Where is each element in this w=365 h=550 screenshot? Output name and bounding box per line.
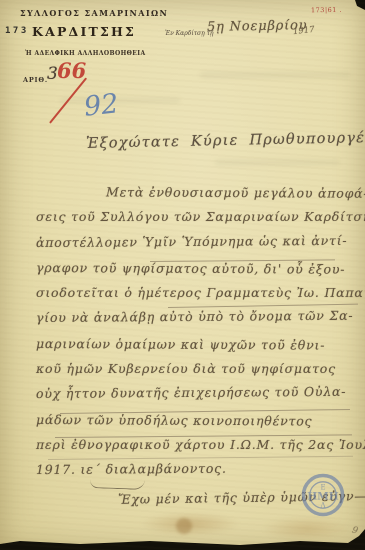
body-line: οὐχ ἧττον δυνατῆς ἐπιχειρήσεως τοῦ Οὐλα-: [36, 384, 362, 412]
paper-stain: [176, 518, 192, 534]
body-line: σεις τοῦ Συλλόγου τῶν Σαμαριναίων Καρδίτ…: [36, 209, 362, 234]
archive-reference-note: 173|61 .: [311, 6, 342, 15]
pen-flourish: [90, 477, 145, 490]
protocol-number-red: 66: [57, 58, 86, 83]
body-line: κοῦ ἡμῶν Κυβερνείου διὰ τοῦ ψηφίσματος: [36, 361, 362, 386]
blue-pencil-annotation: 92: [82, 88, 119, 122]
protocol-number-label: ΑΡΙΘ.: [23, 76, 48, 84]
archive-seal-stamp: Ε ΗΜΗ Λ: [300, 472, 346, 518]
body-line: Μετὰ ἐνθουσιασμοῦ μεγάλου ἀποφά-: [36, 184, 362, 211]
letterhead-motto: Ἡ ΑΔΕΛΦΙΚΗ ΑΛΛΗΛΟΒΟΗΘΕΙΑ: [25, 50, 146, 57]
ink-showthrough: [200, 72, 350, 78]
body-line: μαριναίων ὁμαίμων καὶ ψυχῶν τοῦ ἐθνι-: [36, 336, 362, 363]
body-line: γίου νὰ ἀναλάβῃ αὐτὸ ὑπὸ τὸ ὄνομα τῶν Σα…: [36, 308, 362, 336]
letter-body: Μετὰ ἐνθουσιασμοῦ μεγάλου ἀποφά- σεις το…: [36, 184, 362, 488]
body-line: ἀποστέλλομεν Ὑμῖν Ὑπόμνημα ὡς καὶ ἀντί-: [36, 232, 362, 260]
registry-stamp-number: 173: [5, 26, 29, 36]
paper-stain: [262, 516, 352, 542]
seal-letter-bottom: Λ: [319, 502, 326, 510]
letterhead-society-name: ΣΥΛΛΟΓΟΣ ΣΑΜΑΡΙΝΑΙΩΝ: [20, 8, 168, 18]
ink-showthrough: [60, 98, 180, 103]
letterhead-city: ΚΑΡΔΙΤΣΗΣ: [32, 24, 136, 39]
body-line: γραφον τοῦ ψηφίσματος αὐτοῦ, δι' οὗ ἐξου…: [36, 260, 362, 287]
ink-showthrough: [215, 160, 340, 165]
